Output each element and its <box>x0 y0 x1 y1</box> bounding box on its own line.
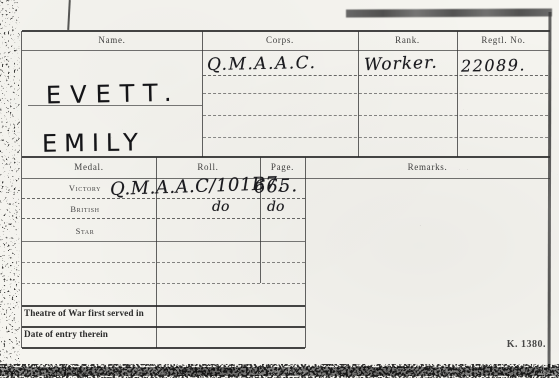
card-left-border <box>21 31 22 348</box>
surname-handwriting: EVETT. <box>46 79 181 110</box>
right-edge-scan-line <box>548 12 552 370</box>
regtl-no-column-header: Regtl. No. <box>457 35 550 45</box>
forename-handwriting: EMILY <box>42 128 145 157</box>
victory-page-handwriting: 665. <box>254 175 299 198</box>
top-edge-scan-smudge <box>346 8 552 17</box>
rank-regtl-divider <box>457 31 458 157</box>
upper-header-underline <box>22 50 550 51</box>
medal-row-british-label: British <box>30 204 140 214</box>
left-edge-noise-band <box>0 0 20 378</box>
page-column-header: Page. <box>260 162 305 172</box>
name-corps-divider <box>202 31 203 157</box>
corps-row-line-1 <box>203 75 548 76</box>
top-left-scan-mark <box>67 0 71 30</box>
bottom-edge-noise-band <box>0 364 559 378</box>
bottom-edge-scan-band <box>0 367 559 376</box>
card-bottom-border <box>22 347 305 349</box>
regtl-no-value-handwriting: 22089. <box>461 55 526 75</box>
remarks-column-header: Remarks. <box>305 162 550 172</box>
medal-column-header: Medal. <box>22 162 156 172</box>
british-page-ditto: do <box>267 199 284 215</box>
date-of-entry-label: Date of entry therein <box>24 330 108 340</box>
blank-row-line-2 <box>22 283 305 284</box>
form-code: K. 1380. <box>488 339 546 350</box>
corps-rank-divider <box>358 31 359 157</box>
rank-column-header: Rank. <box>358 35 457 45</box>
medal-row-star-label: Star <box>30 226 140 236</box>
theatre-of-war-label: Theatre of War first served in <box>24 309 144 319</box>
medal-index-card: Name. Corps. Rank. Regtl. No. Medal. Rol… <box>0 0 559 378</box>
corps-column-header: Corps. <box>202 35 358 45</box>
page-remarks-divider <box>305 157 306 348</box>
roll-column-header: Roll. <box>156 162 260 172</box>
theatre-row-top-line <box>22 305 305 307</box>
corps-value-handwriting: Q.M.A.A.C. <box>207 53 317 75</box>
corps-row-line-2 <box>203 93 548 94</box>
corps-row-line-4 <box>203 137 548 138</box>
name-column-header: Name. <box>22 35 202 45</box>
british-roll-ditto: do <box>212 199 229 215</box>
blank-row-line-1 <box>22 262 305 263</box>
british-row-line <box>22 218 305 219</box>
date-row-top-line <box>22 326 305 328</box>
rank-value-handwriting: Worker. <box>364 53 438 76</box>
star-row-line <box>22 241 305 242</box>
corps-row-line-3 <box>203 115 548 116</box>
card-top-border <box>22 30 550 32</box>
